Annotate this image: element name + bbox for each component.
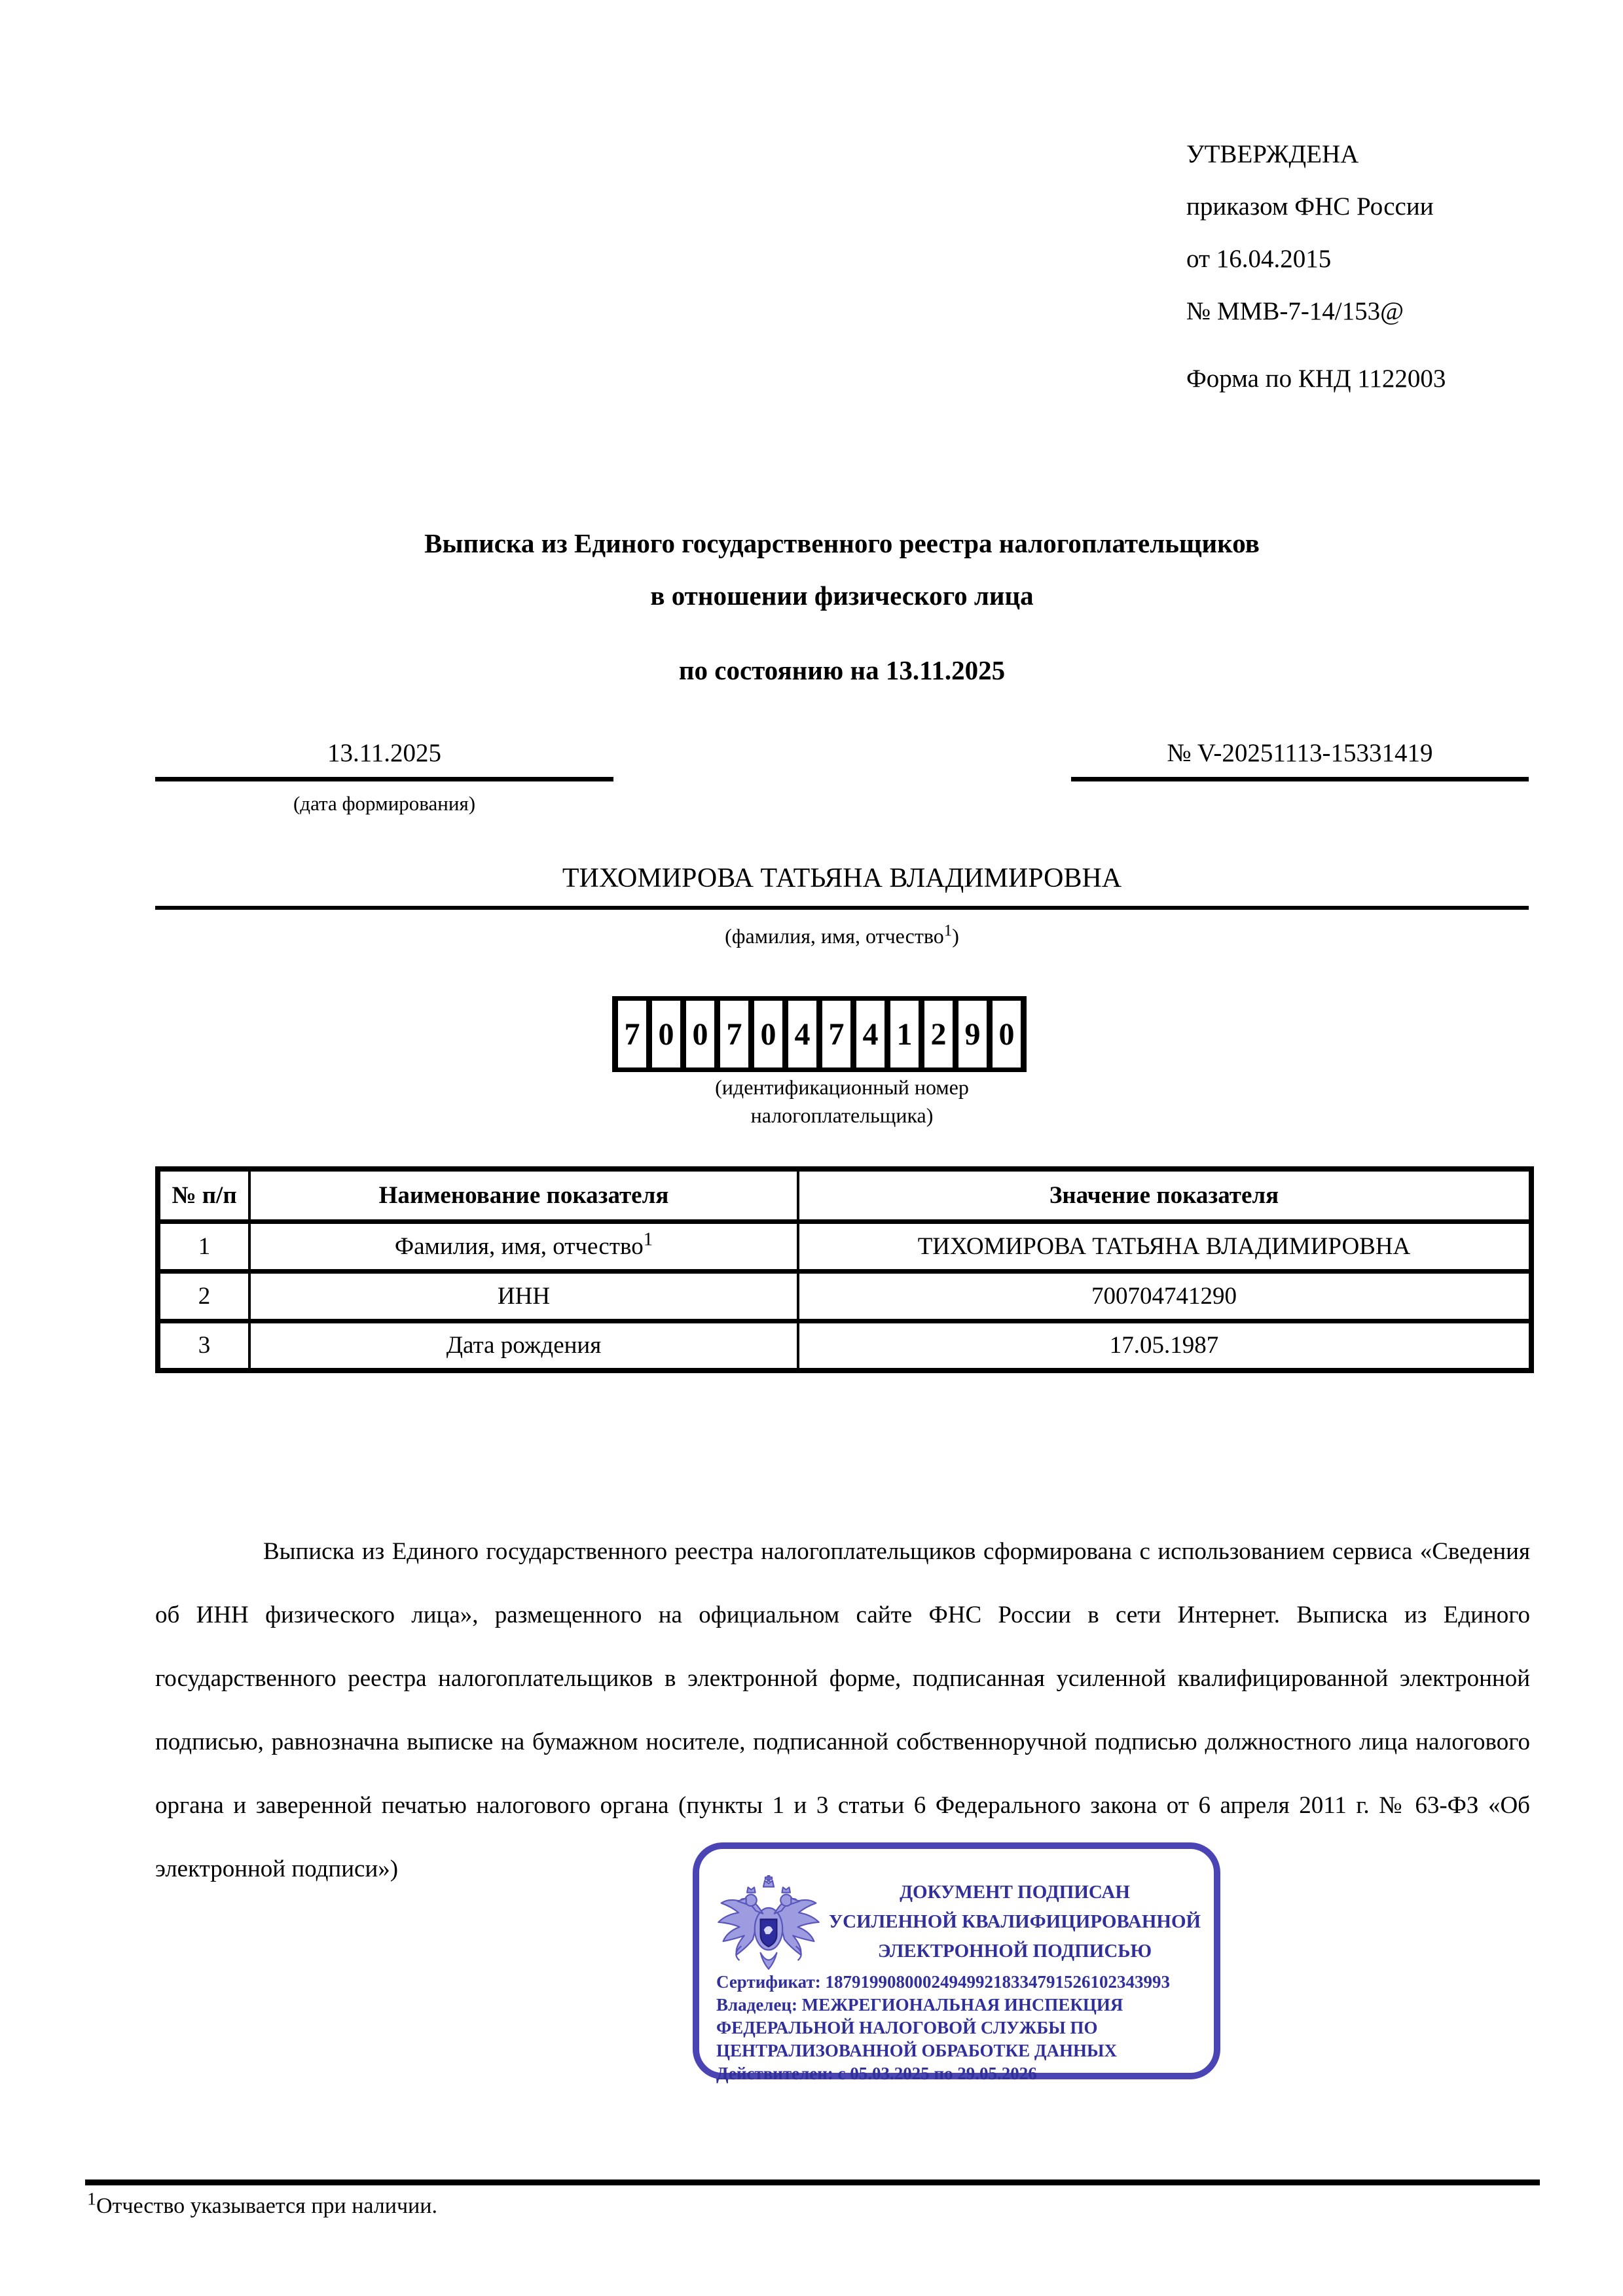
certificate-value: 187919908000249499218334791526102343993	[825, 1972, 1170, 1992]
inn-digit-cell: 2	[923, 1001, 954, 1067]
header-row-number: № п/п	[158, 1169, 249, 1221]
approval-line: приказом ФНС России	[1186, 181, 1553, 233]
table-row: 1 Фамилия, имя, отчество1 ТИХОМИРОВА ТАТ…	[158, 1221, 1531, 1271]
taxpayer-full-name: ТИХОМИРОВА ТАТЬЯНА ВЛАДИМИРОВНА	[155, 863, 1529, 910]
owner-line: Владелец: МЕЖРЕГИОНАЛЬНАЯ ИНСПЕКЦИЯ ФЕДЕ…	[716, 1994, 1206, 2062]
inn-caption-line1: (идентификационный номер	[155, 1073, 1529, 1102]
footnote-separator	[85, 2179, 1540, 2185]
footnote-ref-mark: 1	[944, 922, 952, 939]
certificate-label: Сертификат:	[716, 1972, 825, 1992]
full-name-caption: (фамилия, имя, отчество1)	[155, 924, 1529, 948]
indicator-name-text: Фамилия, имя, отчество	[395, 1233, 644, 1260]
inn-digit-cell: 0	[651, 1001, 682, 1067]
indicator-name-cell: ИНН	[249, 1271, 798, 1321]
validity-line: Действителен: с 05.03.2025 по 29.05.2026	[716, 2062, 1206, 2085]
document-title-line2: в отношении физического лица	[155, 580, 1529, 611]
inn-digit-cell: 7	[821, 1001, 852, 1067]
formation-date-label: (дата формирования)	[155, 792, 613, 816]
footnote-text: Отчество указывается при наличии.	[96, 2194, 437, 2218]
stamp-heading-line1: ДОКУМЕНТ ПОДПИСАН	[822, 1878, 1207, 1907]
table-header-row: № п/п Наименование показателя Значение п…	[158, 1169, 1531, 1221]
validity-value: с 05.03.2025 по 29.05.2026	[838, 2064, 1037, 2083]
stamp-heading-line2: УСИЛЕННОЙ КВАЛИФИЦИРОВАННОЙ	[822, 1907, 1207, 1937]
header-indicator-name: Наименование показателя	[249, 1169, 798, 1221]
table-row: 3 Дата рождения 17.05.1987	[158, 1321, 1531, 1371]
document-title: Выписка из Единого государственного реес…	[155, 528, 1529, 611]
owner-label: Владелец:	[716, 1995, 802, 2015]
full-name-caption-close: )	[952, 924, 959, 948]
as-of-date-line: по состоянию на 13.11.2025	[155, 655, 1529, 686]
indicator-value-cell: 17.05.1987	[798, 1321, 1531, 1371]
approval-line: № ММВ-7-14/153@	[1186, 285, 1553, 338]
inn-digit-boxes: 7 0 0 7 0 4 7 4 1 2 9 0	[612, 996, 1027, 1072]
certificate-line: Сертификат: 1879199080002494992183347915…	[716, 1971, 1206, 1994]
row-number-cell: 2	[158, 1271, 249, 1321]
indicators-table: № п/п Наименование показателя Значение п…	[155, 1166, 1529, 1373]
table-row: 2 ИНН 700704741290	[158, 1271, 1531, 1321]
stamp-details: Сертификат: 1879199080002494992183347915…	[716, 1971, 1206, 2085]
inn-digit-cell: 0	[991, 1001, 1022, 1067]
approval-line: от 16.04.2015	[1186, 233, 1553, 285]
indicator-name-cell: Фамилия, имя, отчество1	[249, 1221, 798, 1271]
inn-digit-cell: 0	[685, 1001, 716, 1067]
stamp-heading-line3: ЭЛЕКТРОННОЙ ПОДПИСЬЮ	[822, 1937, 1207, 1966]
footnote: 1Отчество указывается при наличии.	[87, 2194, 437, 2219]
full-name-caption-text: (фамилия, имя, отчество	[725, 924, 944, 948]
inn-digit-cell: 9	[957, 1001, 988, 1067]
inn-caption: (идентификационный номер налогоплательщи…	[155, 1073, 1529, 1130]
inn-digit-cell: 7	[719, 1001, 750, 1067]
indicator-value-cell: ТИХОМИРОВА ТАТЬЯНА ВЛАДИМИРОВНА	[798, 1221, 1531, 1271]
inn-digit-cell: 0	[753, 1001, 784, 1067]
inn-digit-cell: 7	[617, 1001, 647, 1067]
footnote-number: 1	[87, 2189, 96, 2210]
row-number-cell: 1	[158, 1221, 249, 1271]
extract-number-field: № V-20251113-15331419	[1071, 738, 1529, 781]
inn-caption-line2: налогоплательщика)	[155, 1102, 1529, 1130]
approval-block: УТВЕРЖДЕНА приказом ФНС России от 16.04.…	[1186, 128, 1553, 338]
inn-digit-cell: 1	[889, 1001, 920, 1067]
russian-coat-of-arms-icon	[714, 1866, 824, 1985]
indicator-value-cell: 700704741290	[798, 1271, 1531, 1321]
inn-digit-cell: 4	[787, 1001, 818, 1067]
validity-label: Действителен:	[716, 2064, 838, 2083]
electronic-signature-stamp: ДОКУМЕНТ ПОДПИСАН УСИЛЕННОЙ КВАЛИФИЦИРОВ…	[693, 1842, 1220, 2079]
indicator-name-cell: Дата рождения	[249, 1321, 798, 1371]
stamp-heading: ДОКУМЕНТ ПОДПИСАН УСИЛЕННОЙ КВАЛИФИЦИРОВ…	[822, 1878, 1207, 1966]
inn-digit-cell: 4	[855, 1001, 886, 1067]
document-title-line1: Выписка из Единого государственного реес…	[155, 528, 1529, 559]
formation-date-field: 13.11.2025	[155, 738, 613, 781]
row-number-cell: 3	[158, 1321, 249, 1371]
footnote-ref-mark: 1	[644, 1229, 653, 1249]
form-knd-code: Форма по КНД 1122003	[1186, 364, 1446, 393]
header-indicator-value: Значение показателя	[798, 1169, 1531, 1221]
approval-line: УТВЕРЖДЕНА	[1186, 128, 1553, 181]
